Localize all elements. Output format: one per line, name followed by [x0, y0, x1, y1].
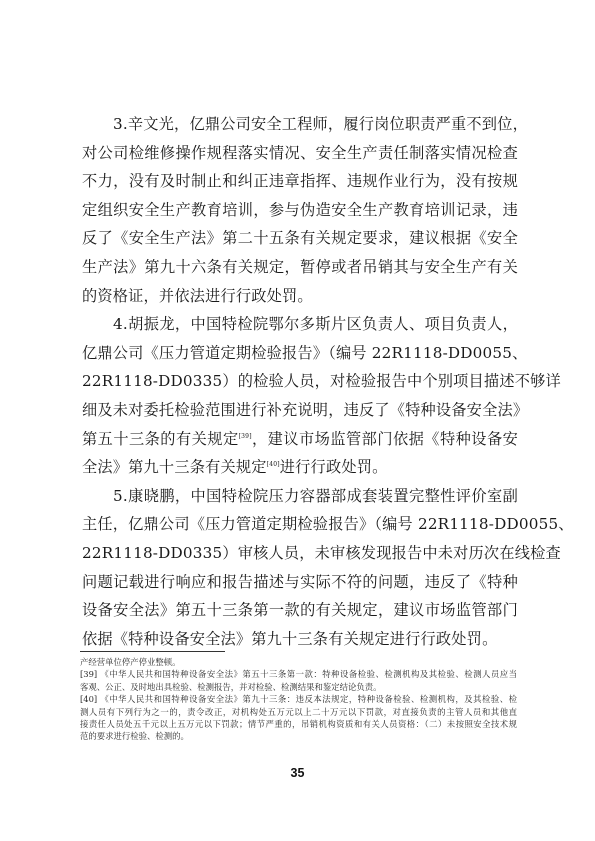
paragraph-item-3-line: 定组织安全生产教育培训，参与伪造安全生产教育培训记录，违 [82, 196, 518, 225]
paragraph-item-5-line: 5.康晓鹏，中国特检院压力容器部成套装置完整性评价室副 [82, 482, 518, 511]
paragraph-item-3-line: 生产法》第九十六条有关规定，暂停或者吊销其与安全生产有关 [82, 253, 518, 282]
body-text: 3.辛文光，亿鼎公司安全工程师，履行岗位职责严重不到位， 对公司检维修操作规程落… [82, 110, 518, 653]
paragraph-item-4-line: 22R1118-DD0335）的检验人员，对检验报告中个别项目描述不够详 [82, 367, 518, 396]
paragraph-item-4-line-ref-40: 全法》第九十三条有关规定[40]进行行政处罚。 [82, 453, 518, 482]
paragraph-item-4-line: 亿鼎公司《压力管道定期检验报告》（编号 22R1118-DD0055、 [82, 339, 518, 368]
paragraph-item-4-line: 细及未对委托检验范围进行补充说明，违反了《特种设备安全法》 [82, 396, 518, 425]
paragraph-item-4-line-ref-39: 第五十三条的有关规定[39]，建议市场监管部门依据《特种设备安 [82, 425, 518, 454]
footnote-40-line: 范的要求进行检验、检测的。 [80, 730, 517, 742]
text-segment: 全法》第九十三条有关规定 [82, 458, 267, 476]
footnote-40-line: [40] 《中华人民共和国特种设备安全法》第九十三条：违反本法规定，特种设备检验… [80, 693, 517, 705]
paragraph-item-5-line: 设备安全法》第五十三条第一款的有关规定，建议市场监管部门 [82, 596, 518, 625]
paragraph-item-3-line: 3.辛文光，亿鼎公司安全工程师，履行岗位职责严重不到位， [82, 110, 518, 139]
text-segment: 进行行政处罚。 [280, 458, 388, 476]
paragraph-item-3-line: 反了《安全生产法》第二十五条有关规定要求，建议根据《安全 [82, 224, 518, 253]
footnote-ref-39[interactable]: [39] [239, 432, 252, 439]
paragraph-item-3-line: 不力，没有及时制止和纠正违章指挥、违规作业行为，没有按规 [82, 167, 518, 196]
paragraph-item-5-line: 问题记载进行响应和报告描述与实际不符的问题，违反了《特种 [82, 568, 518, 597]
text-segment: ，建议市场监管部门依据《特种设备安 [252, 430, 518, 448]
footnote-ref-40[interactable]: [40] [267, 461, 280, 468]
footnote-39-line: 客观、公正、及时地出具检验、检测报告，并对检验、检测结果和鉴定结论负责。 [80, 681, 517, 693]
paragraph-item-5-line: 22R1118-DD0335）审核人员，未审核发现报告中未对历次在线检查 [82, 539, 518, 568]
paragraph-item-5-line: 依据《特种设备安全法》第九十三条有关规定进行行政处罚。 [82, 625, 518, 654]
footnotes: 产经营单位停产停业整顿。 [39] 《中华人民共和国特种设备安全法》第五十三条第… [80, 656, 517, 743]
paragraph-item-4-line: 4.胡振龙，中国特检院鄂尔多斯片区负责人、项目负责人， [82, 310, 518, 339]
footnote-39-line: [39] 《中华人民共和国特种设备安全法》第五十三条第一款：特种设备检验、检测机… [80, 668, 517, 680]
document-page: 3.辛文光，亿鼎公司安全工程师，履行岗位职责严重不到位， 对公司检维修操作规程落… [0, 0, 595, 841]
footnote-40-line: 测人员有下列行为之一的，责令改正，对机构处五万元以上二十万元以下罚款，对直接负责… [80, 706, 517, 718]
paragraph-item-5-line: 主任，亿鼎公司《压力管道定期检验报告》（编号 22R1118-DD0055、 [82, 510, 518, 539]
footnote-40-line: 接责任人员处五千元以上五万元以下罚款；情节严重的，吊销机构资质和有关人员资格：（… [80, 718, 517, 730]
paragraph-item-3-line: 对公司检维修操作规程落实情况、安全生产责任制落实情况检查 [82, 139, 518, 168]
page-number: 35 [0, 766, 595, 780]
paragraph-item-3-line: 的资格证，并依法进行行政处罚。 [82, 282, 518, 311]
footnote-divider [80, 651, 225, 652]
text-segment: 第五十三条的有关规定 [82, 430, 239, 448]
footnote-continued: 产经营单位停产停业整顿。 [80, 656, 517, 668]
